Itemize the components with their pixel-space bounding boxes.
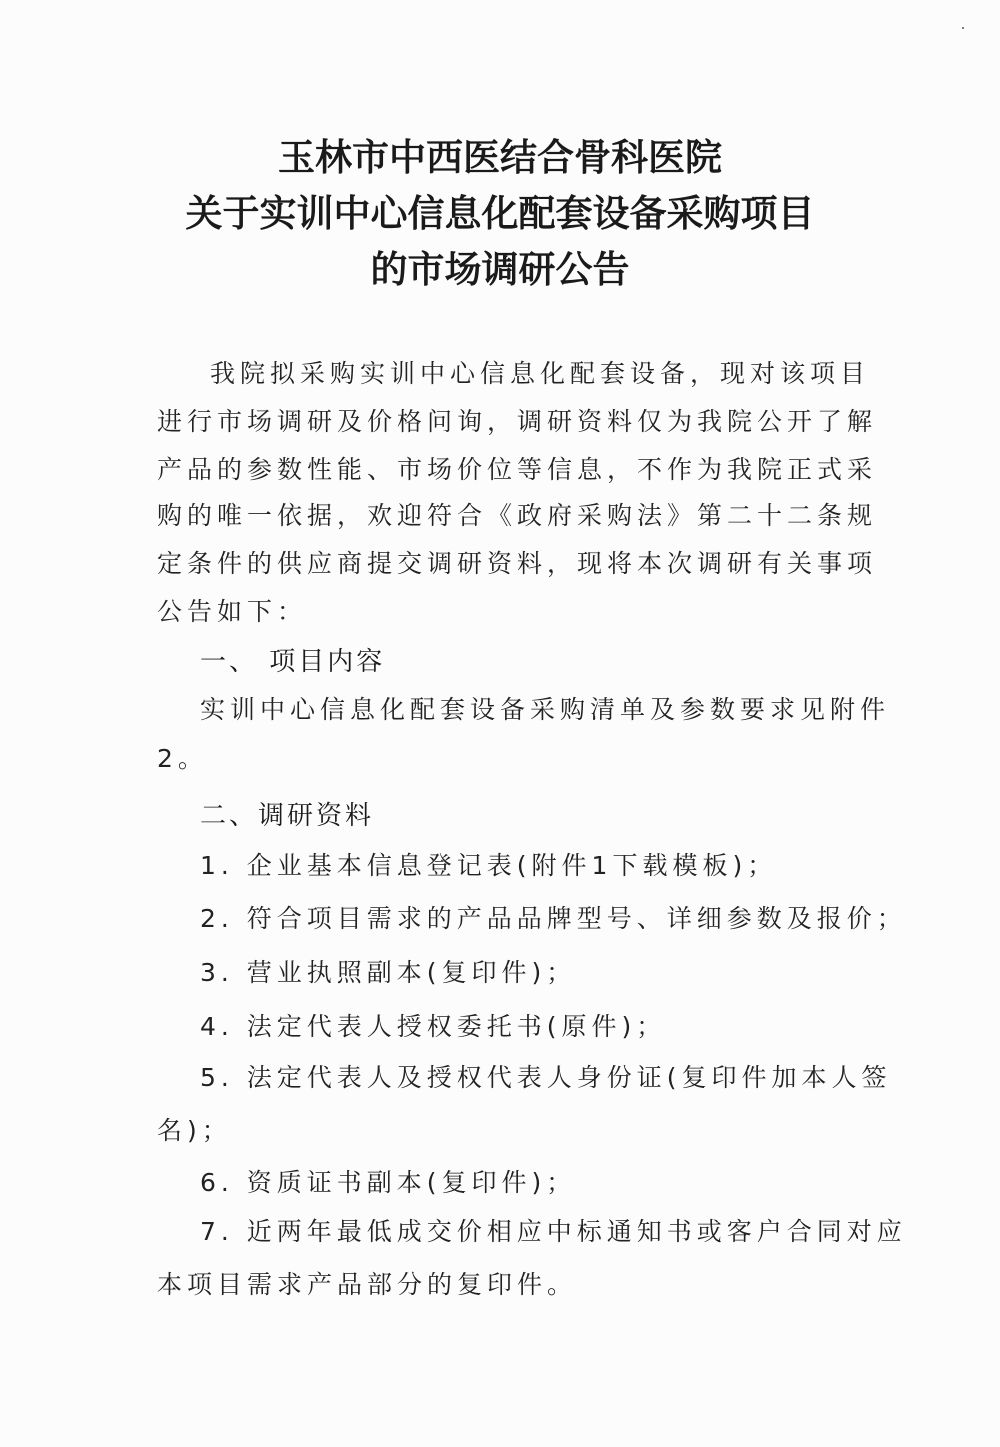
section-heading-2: 二、调研资料 — [200, 795, 374, 832]
material-item-2: 2. 符合项目需求的产品品牌型号、详细参数及报价； — [200, 899, 907, 935]
material-item-1: 1. 企业基本信息登记表(附件1下载模板)； — [200, 846, 777, 882]
material-item-3: 3. 营业执照副本(复印件)； — [200, 953, 576, 989]
title-line-1: 玉林市中西医结合骨科医院 — [0, 128, 1000, 186]
scan-speck — [962, 27, 964, 29]
section-1-line-2: 2。 — [157, 739, 208, 775]
section-1-line-1: 实训中心信息化配套设备采购清单及参数要求见附件 — [200, 690, 890, 726]
material-item-7-line-1: 7. 近两年最低成交价相应中标通知书或客户合同对应 — [200, 1212, 907, 1248]
material-item-6: 6. 资质证书副本(复印件)； — [200, 1163, 576, 1199]
intro-line-1: 我院拟采购实训中心信息化配套设备，现对该项目 — [210, 354, 870, 390]
material-item-5-line-2: 名)； — [157, 1111, 232, 1147]
intro-line-5: 定条件的供应商提交调研资料，现将本次调研有关事项 — [157, 544, 877, 580]
material-item-4: 4. 法定代表人授权委托书(原件)； — [200, 1007, 666, 1043]
intro-line-4: 购的唯一依据，欢迎符合《政府采购法》第二十二条规 — [157, 496, 877, 532]
section-heading-1: 一、 项目内容 — [200, 641, 385, 678]
intro-line-3: 产品的参数性能、市场价位等信息，不作为我院正式采 — [157, 450, 877, 486]
material-item-7-line-2: 本项目需求产品部分的复印件。 — [157, 1265, 577, 1301]
title-line-3: 的市场调研公告 — [0, 240, 1000, 298]
intro-line-6: 公告如下： — [157, 592, 307, 628]
material-item-5-line-1: 5. 法定代表人及授权代表人身份证(复印件加本人签 — [200, 1058, 892, 1094]
title-line-2: 关于实训中心信息化配套设备采购项目 — [0, 184, 1000, 242]
intro-line-2: 进行市场调研及价格问询，调研资料仅为我院公开了解 — [157, 402, 877, 438]
document-title: 玉林市中西医结合骨科医院 关于实训中心信息化配套设备采购项目 的市场调研公告 — [0, 128, 1000, 298]
document-page: 玉林市中西医结合骨科医院 关于实训中心信息化配套设备采购项目 的市场调研公告 我… — [0, 0, 1000, 1447]
